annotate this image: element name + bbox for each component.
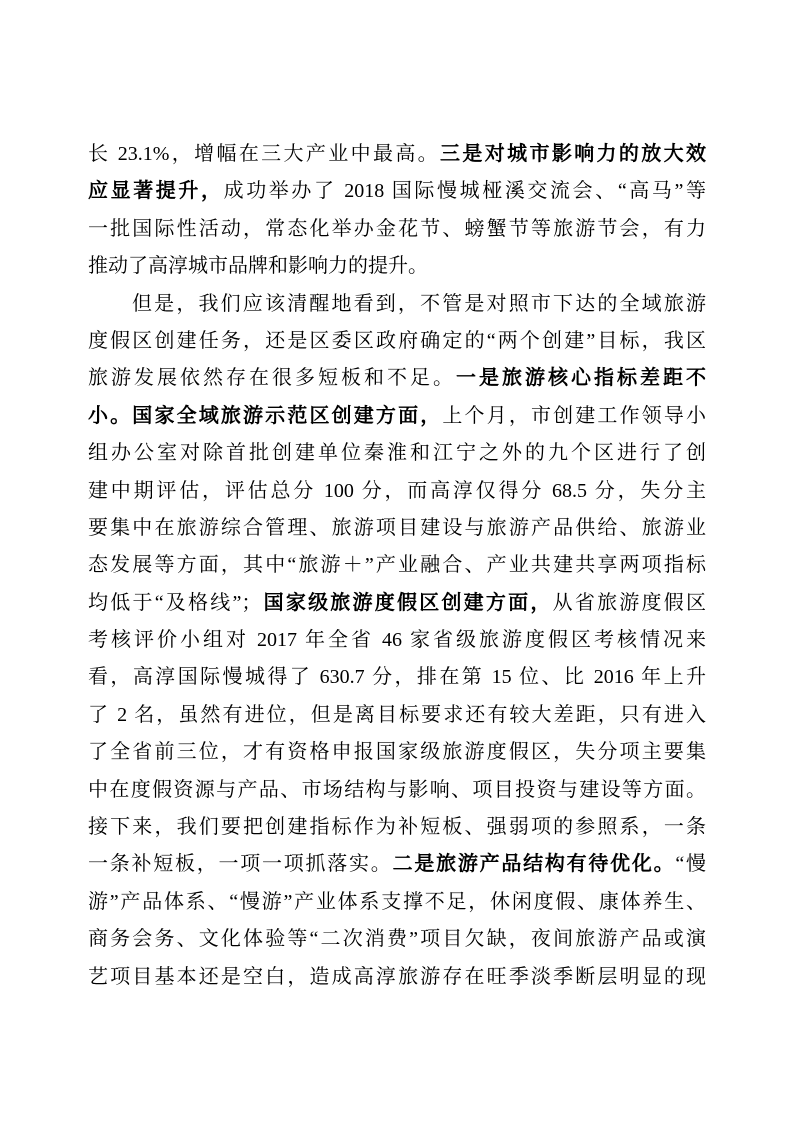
text-run: 考核评价小组对 2017 年全省 46 家省级旅游度假区考核情况来 [88,629,706,651]
text-run: 均低于“及格线”； [88,592,261,614]
text-line: 态发展等方面，其中“旅游＋”产业融合、产业共建共享两项指标 [88,547,706,584]
text-line: 了 2 名，虽然有进位，但是离目标要求还有较大差距，只有进入 [88,697,706,734]
text-line: 长 23.1%，增幅在三大产业中最高。三是对城市影响力的放大效 [88,136,706,173]
text-run: 商务会务、文化体验等“二次消费”项目欠缺，夜间旅游产品或演 [88,928,706,950]
text-line: 了全省前三位，才有资格申报国家级旅游度假区，失分项主要集 [88,734,706,771]
text-run: 中在度假资源与产品、市场结构与影响、项目投资与建设等方面。 [88,779,706,801]
text-line: 一条补短板，一项一项抓落实。二是旅游产品结构有待优化。“慢 [88,846,706,883]
text-run: 了 2 名，虽然有进位，但是离目标要求还有较大差距，只有进入 [88,704,706,726]
document-page: 长 23.1%，增幅在三大产业中最高。三是对城市影响力的放大效应显著提升，成功举… [0,0,793,1122]
emphasis-run: 国家级旅游度假区创建方面， [261,592,552,614]
text-run: 一条补短板，一项一项抓落实。 [88,853,393,875]
text-run: 游”产品体系、“慢游”产业体系支撑不足，休闲度假、康体养生、 [88,891,706,913]
text-line: 一批国际性活动，常态化举办金花节、螃蟹节等旅游节会，有力 [88,211,706,248]
text-line: 中在度假资源与产品、市场结构与影响、项目投资与建设等方面。 [88,772,706,809]
text-line: 建中期评估，评估总分 100 分，而高淳仅得分 68.5 分，失分主 [88,473,706,510]
text-run: 要集中在旅游综合管理、旅游项目建设与旅游产品供给、旅游业 [88,517,706,539]
text-run: 看，高淳国际慢城得了 630.7 分，排在第 15 位、比 2016 年上升 [88,666,706,688]
text-line: 小。国家全域旅游示范区创建方面，上个月，市创建工作领导小 [88,398,706,435]
text-line: 游”产品体系、“慢游”产业体系支撑不足，休闲度假、康体养生、 [88,884,706,921]
text-run: 建中期评估，评估总分 100 分，而高淳仅得分 68.5 分，失分主 [88,480,706,502]
text-line: 艺项目基本还是空白，造成高淳旅游存在旺季淡季断层明显的现 [88,959,706,996]
text-run: 接下来，我们要把创建指标作为补短板、强弱项的参照系，一条 [88,816,706,838]
text-run: 但是，我们应该清醒地看到，不管是对照市下达的全域旅游 [132,293,706,315]
text-run: 态发展等方面，其中“旅游＋”产业融合、产业共建共享两项指标 [88,554,706,576]
text-run: 艺项目基本还是空白，造成高淳旅游存在旺季淡季断层明显的现 [88,966,706,988]
text-run: 长 23.1%，增幅在三大产业中最高。 [88,143,440,165]
text-run: 上个月，市创建工作领导小 [442,405,706,427]
text-run: 度假区创建任务，还是区委区政府确定的“两个创建”目标，我区 [88,330,706,352]
text-run: 从省旅游度假区 [553,592,706,614]
text-run: 一批国际性活动，常态化举办金花节、螃蟹节等旅游节会，有力 [88,218,706,240]
text-line: 均低于“及格线”；国家级旅游度假区创建方面，从省旅游度假区 [88,585,706,622]
text-run: 推动了高淳城市品牌和影响力的提升。 [88,255,428,277]
text-block: 长 23.1%，增幅在三大产业中最高。三是对城市影响力的放大效应显著提升，成功举… [88,136,706,996]
text-line: 旅游发展依然存在很多短板和不足。一是旅游核心指标差距不 [88,360,706,397]
emphasis-run: 应显著提升， [88,180,224,202]
text-line: 度假区创建任务，还是区委区政府确定的“两个创建”目标，我区 [88,323,706,360]
text-line: 组办公室对除首批创建单位秦淮和江宁之外的九个区进行了创 [88,435,706,472]
emphasis-run: 一是旅游核心指标差距不 [456,367,706,389]
text-run: 组办公室对除首批创建单位秦淮和江宁之外的九个区进行了创 [88,442,706,464]
text-line: 商务会务、文化体验等“二次消费”项目欠缺，夜间旅游产品或演 [88,921,706,958]
emphasis-run: 小。 [88,405,132,427]
text-line: 看，高淳国际慢城得了 630.7 分，排在第 15 位、比 2016 年上升 [88,659,706,696]
text-line: 但是，我们应该清醒地看到，不管是对照市下达的全域旅游 [88,286,706,323]
emphasis-run: 国家全域旅游示范区创建方面， [132,405,442,427]
text-line: 应显著提升，成功举办了 2018 国际慢城桠溪交流会、“高马”等 [88,173,706,210]
text-line: 要集中在旅游综合管理、旅游项目建设与旅游产品供给、旅游业 [88,510,706,547]
text-run: 成功举办了 2018 国际慢城桠溪交流会、“高马”等 [224,180,706,202]
text-run: 了全省前三位，才有资格申报国家级旅游度假区，失分项主要集 [88,741,706,763]
text-line: 接下来，我们要把创建指标作为补短板、强弱项的参照系，一条 [88,809,706,846]
text-run: 旅游发展依然存在很多短板和不足。 [88,367,456,389]
text-run: “慢 [675,853,706,875]
text-line: 考核评价小组对 2017 年全省 46 家省级旅游度假区考核情况来 [88,622,706,659]
text-line: 推动了高淳城市品牌和影响力的提升。 [88,248,706,285]
emphasis-run: 二是旅游产品结构有待优化。 [393,853,676,875]
emphasis-run: 三是对城市影响力的放大效 [440,143,706,165]
